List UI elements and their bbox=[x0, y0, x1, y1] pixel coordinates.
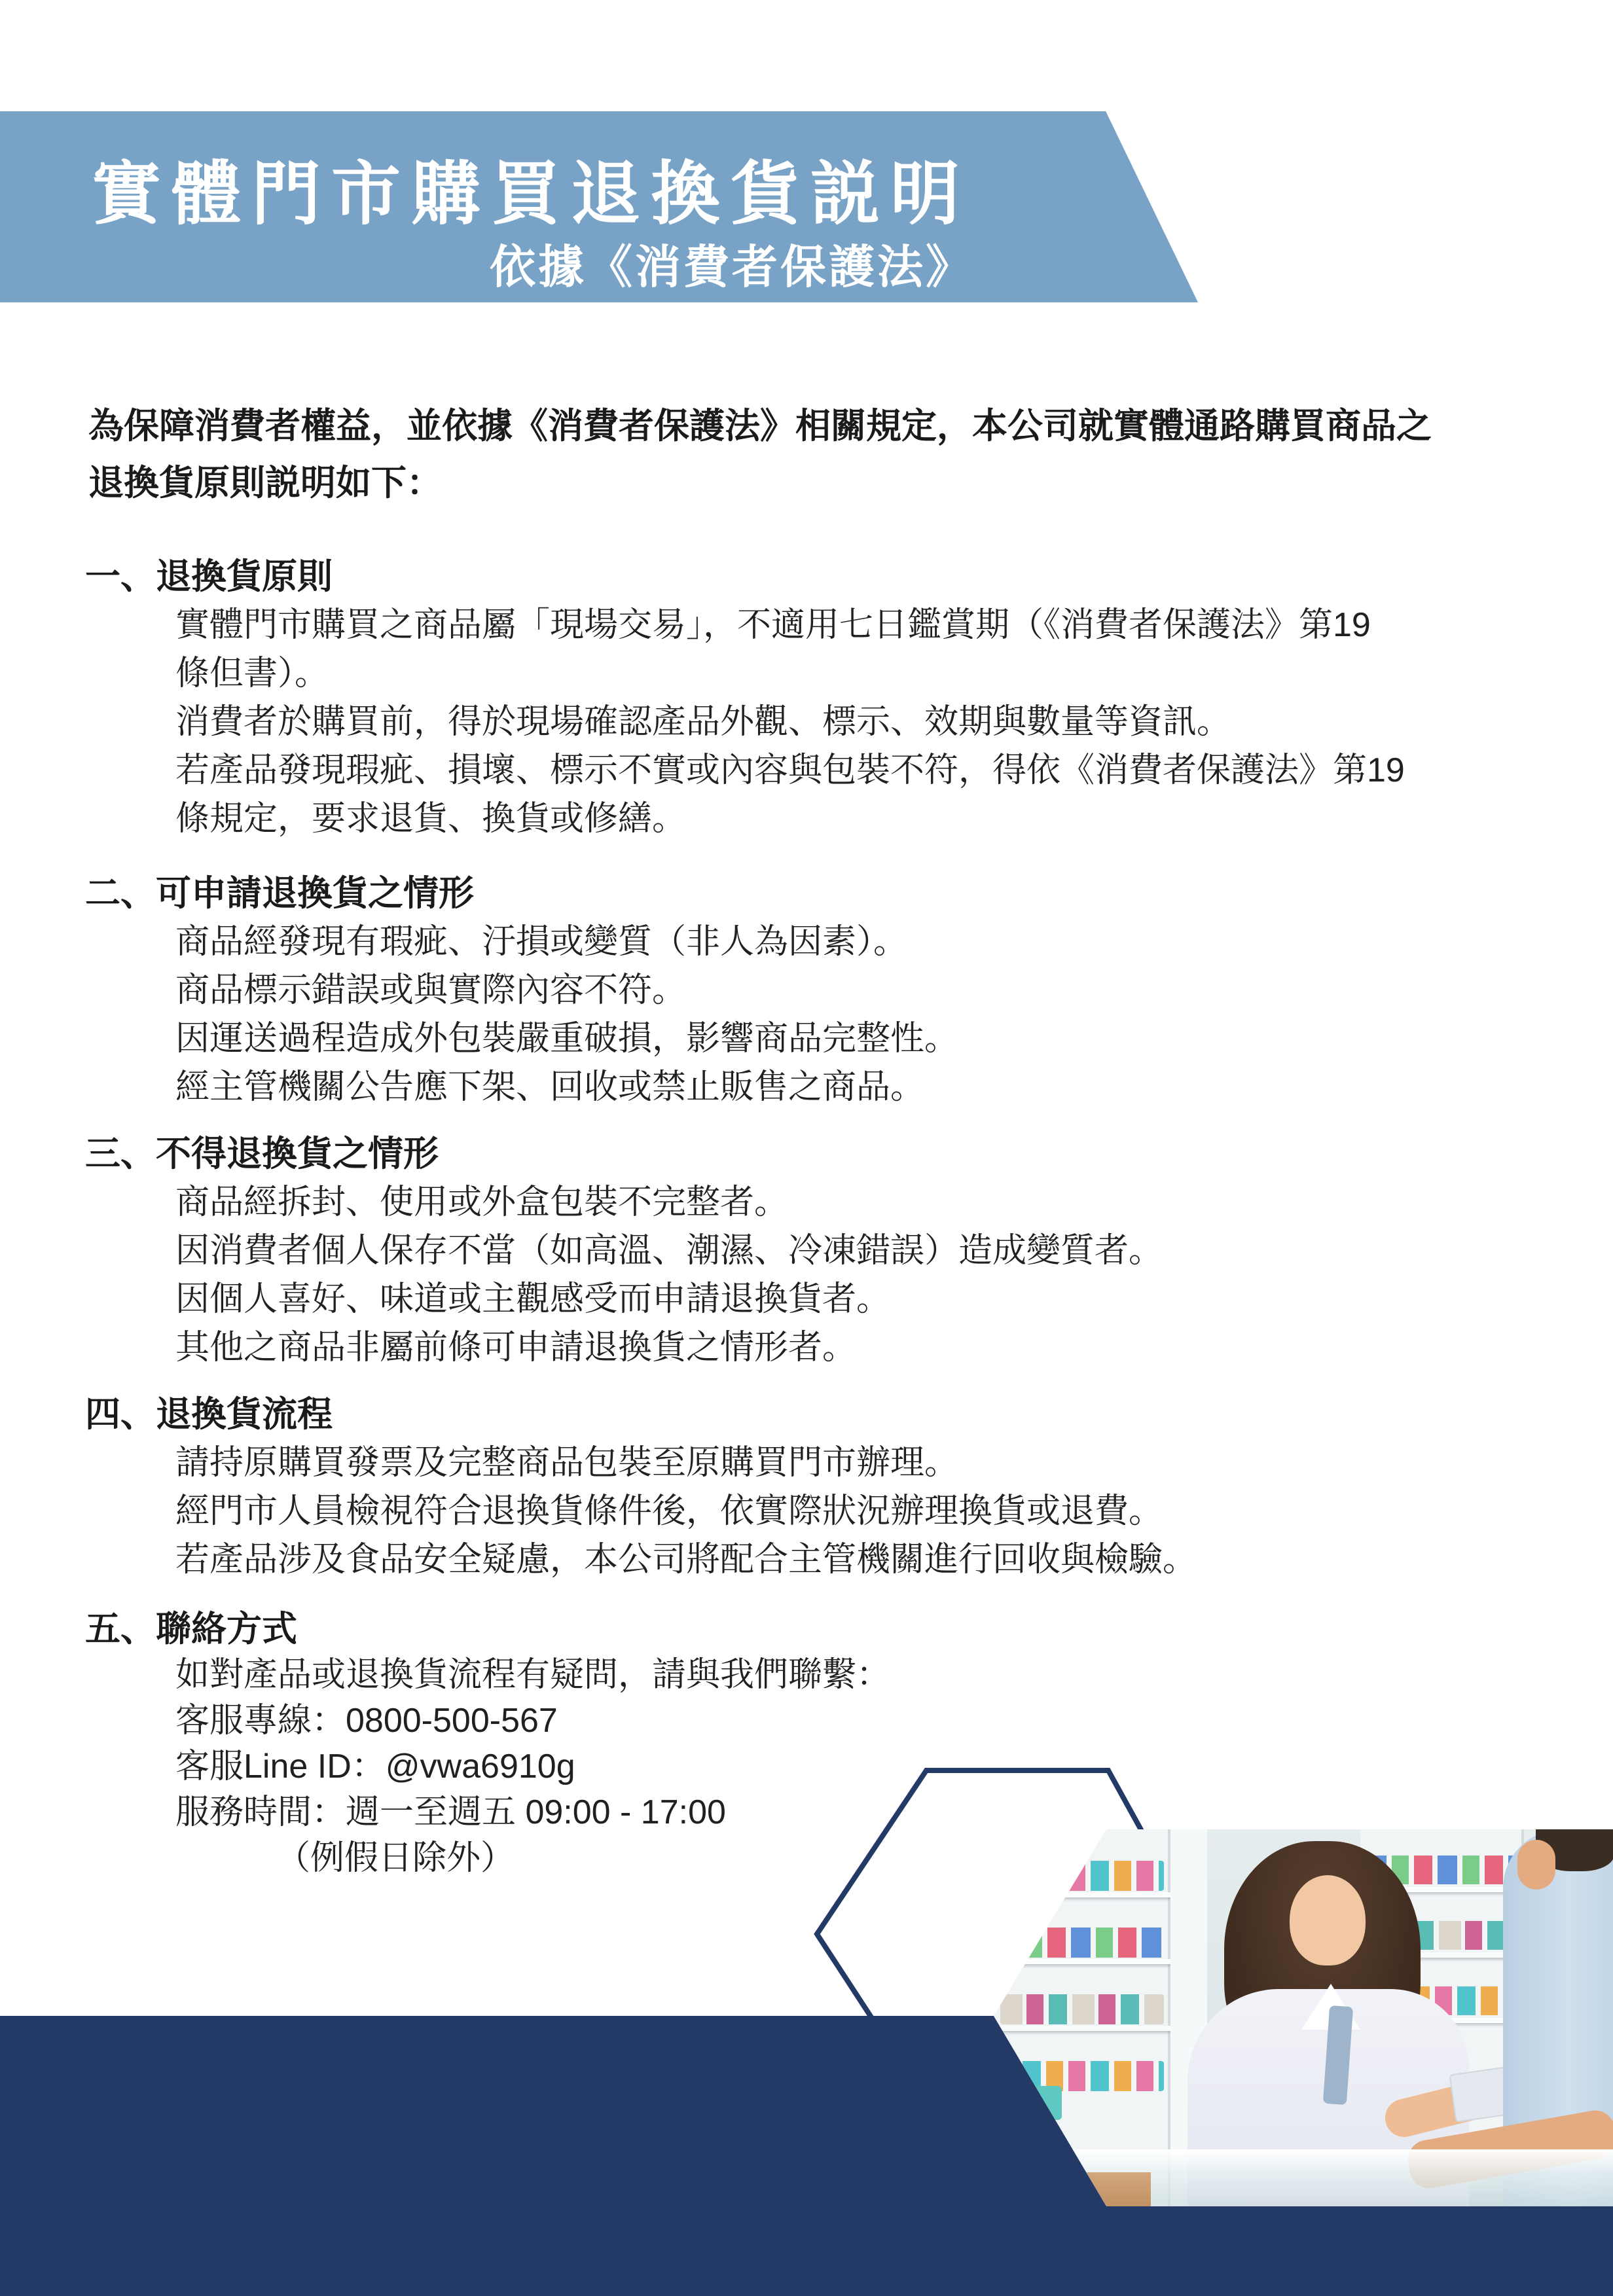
contact-line-id: 客服Line ID：@vwa6910g bbox=[85, 1744, 890, 1789]
section-heading: 一、退換貨原則 bbox=[85, 552, 1405, 601]
intro-line: 退換貨原則説明如下： bbox=[88, 455, 1432, 512]
section-line: 條但書）。 bbox=[85, 649, 1405, 698]
section-heading: 四、退換貨流程 bbox=[85, 1390, 1197, 1439]
section-line: 經門市人員檢視符合退換貨條件後，依實際狀況辦理換貨或退費。 bbox=[85, 1487, 1197, 1535]
section-line: 若產品發現瑕疵、損壞、標示不實或內容與包裝不符，得依《消費者保護法》第19 bbox=[85, 746, 1405, 795]
section-line: 消費者於購買前，得於現場確認產品外觀、標示、效期與數量等資訊。 bbox=[85, 698, 1405, 746]
section-heading: 二、可申請退換貨之情形 bbox=[85, 869, 958, 918]
contact-phone: 客服專線：0800-500-567 bbox=[85, 1698, 890, 1744]
intro-paragraph: 為保障消費者權益，並依據《消費者保護法》相關規定，本公司就實體通路購買商品之 退… bbox=[88, 398, 1432, 512]
section-return-process: 四、退換貨流程 請持原購買發票及完整商品包裝至原購買門市辦理。 經門市人員檢視符… bbox=[85, 1390, 1197, 1584]
section-eligible-cases: 二、可申請退換貨之情形 商品經發現有瑕疵、汙損或變質（非人為因素）。 商品標示錯… bbox=[85, 869, 958, 1111]
section-ineligible-cases: 三、不得退換貨之情形 商品經拆封、使用或外盒包裝不完整者。 因消費者個人保存不當… bbox=[85, 1130, 1163, 1372]
contact-holiday-note: （例假日除外） bbox=[85, 1835, 890, 1881]
contact-hours: 服務時間：週一至週五 09:00 - 17:00 bbox=[85, 1789, 890, 1835]
section-line: 因個人喜好、味道或主觀感受而申請退換貨者。 bbox=[85, 1275, 1163, 1323]
photo-shelf-line bbox=[994, 2026, 1170, 2031]
section-line: 因運送過程造成外包裝嚴重破損，影響商品完整性。 bbox=[85, 1014, 958, 1063]
section-line: 如對產品或退換貨流程有疑問，請與我們聯繫： bbox=[85, 1652, 890, 1698]
photo-pharmacist-face bbox=[1290, 1875, 1366, 1965]
section-line: 實體門市購買之商品屬「現場交易」，不適用七日鑑賞期（《消費者保護法》第19 bbox=[85, 601, 1405, 649]
title-banner: 實體門市購買退換貨説明 依據《消費者保護法》 bbox=[0, 111, 1198, 302]
intro-line: 為保障消費者權益，並依據《消費者保護法》相關規定，本公司就實體通路購買商品之 bbox=[88, 398, 1432, 455]
section-line: 經主管機關公告應下架、回收或禁止販售之商品。 bbox=[85, 1063, 958, 1111]
store-photo bbox=[994, 1829, 1613, 2206]
section-contact: 五、聯絡方式 如對產品或退換貨流程有疑問，請與我們聯繫： 客服專線：0800-5… bbox=[85, 1606, 890, 1881]
section-line: 其他之商品非屬前條可申請退換貨之情形者。 bbox=[85, 1323, 1163, 1372]
document-page: 實體門市購買退換貨説明 依據《消費者保護法》 為保障消費者權益，並依據《消費者保… bbox=[0, 0, 1613, 2296]
photo-shelf-items bbox=[1000, 1994, 1164, 2024]
section-return-principles: 一、退換貨原則 實體門市購買之商品屬「現場交易」，不適用七日鑑賞期（《消費者保護… bbox=[85, 552, 1405, 843]
section-line: 若產品涉及食品安全疑慮，本公司將配合主管機關進行回收與檢驗。 bbox=[85, 1535, 1197, 1584]
section-line: 條規定，要求退貨、換貨或修繕。 bbox=[85, 795, 1405, 843]
photo-customer-face bbox=[1517, 1840, 1555, 1890]
section-line: 商品經發現有瑕疵、汙損或變質（非人為因素）。 bbox=[85, 918, 958, 966]
section-line: 商品經拆封、使用或外盒包裝不完整者。 bbox=[85, 1178, 1163, 1227]
page-subtitle: 依據《消費者保護法》 bbox=[490, 230, 974, 296]
section-line: 商品標示錯誤或與實際內容不符。 bbox=[85, 966, 958, 1014]
section-heading: 三、不得退換貨之情形 bbox=[85, 1130, 1163, 1178]
section-heading: 五、聯絡方式 bbox=[85, 1606, 890, 1652]
section-line: 請持原購買發票及完整商品包裝至原購買門市辦理。 bbox=[85, 1439, 1197, 1487]
page-title: 實體門市購買退換貨説明 bbox=[92, 139, 970, 238]
section-line: 因消費者個人保存不當（如高溫、潮濕、冷凍錯誤）造成變質者。 bbox=[85, 1227, 1163, 1275]
